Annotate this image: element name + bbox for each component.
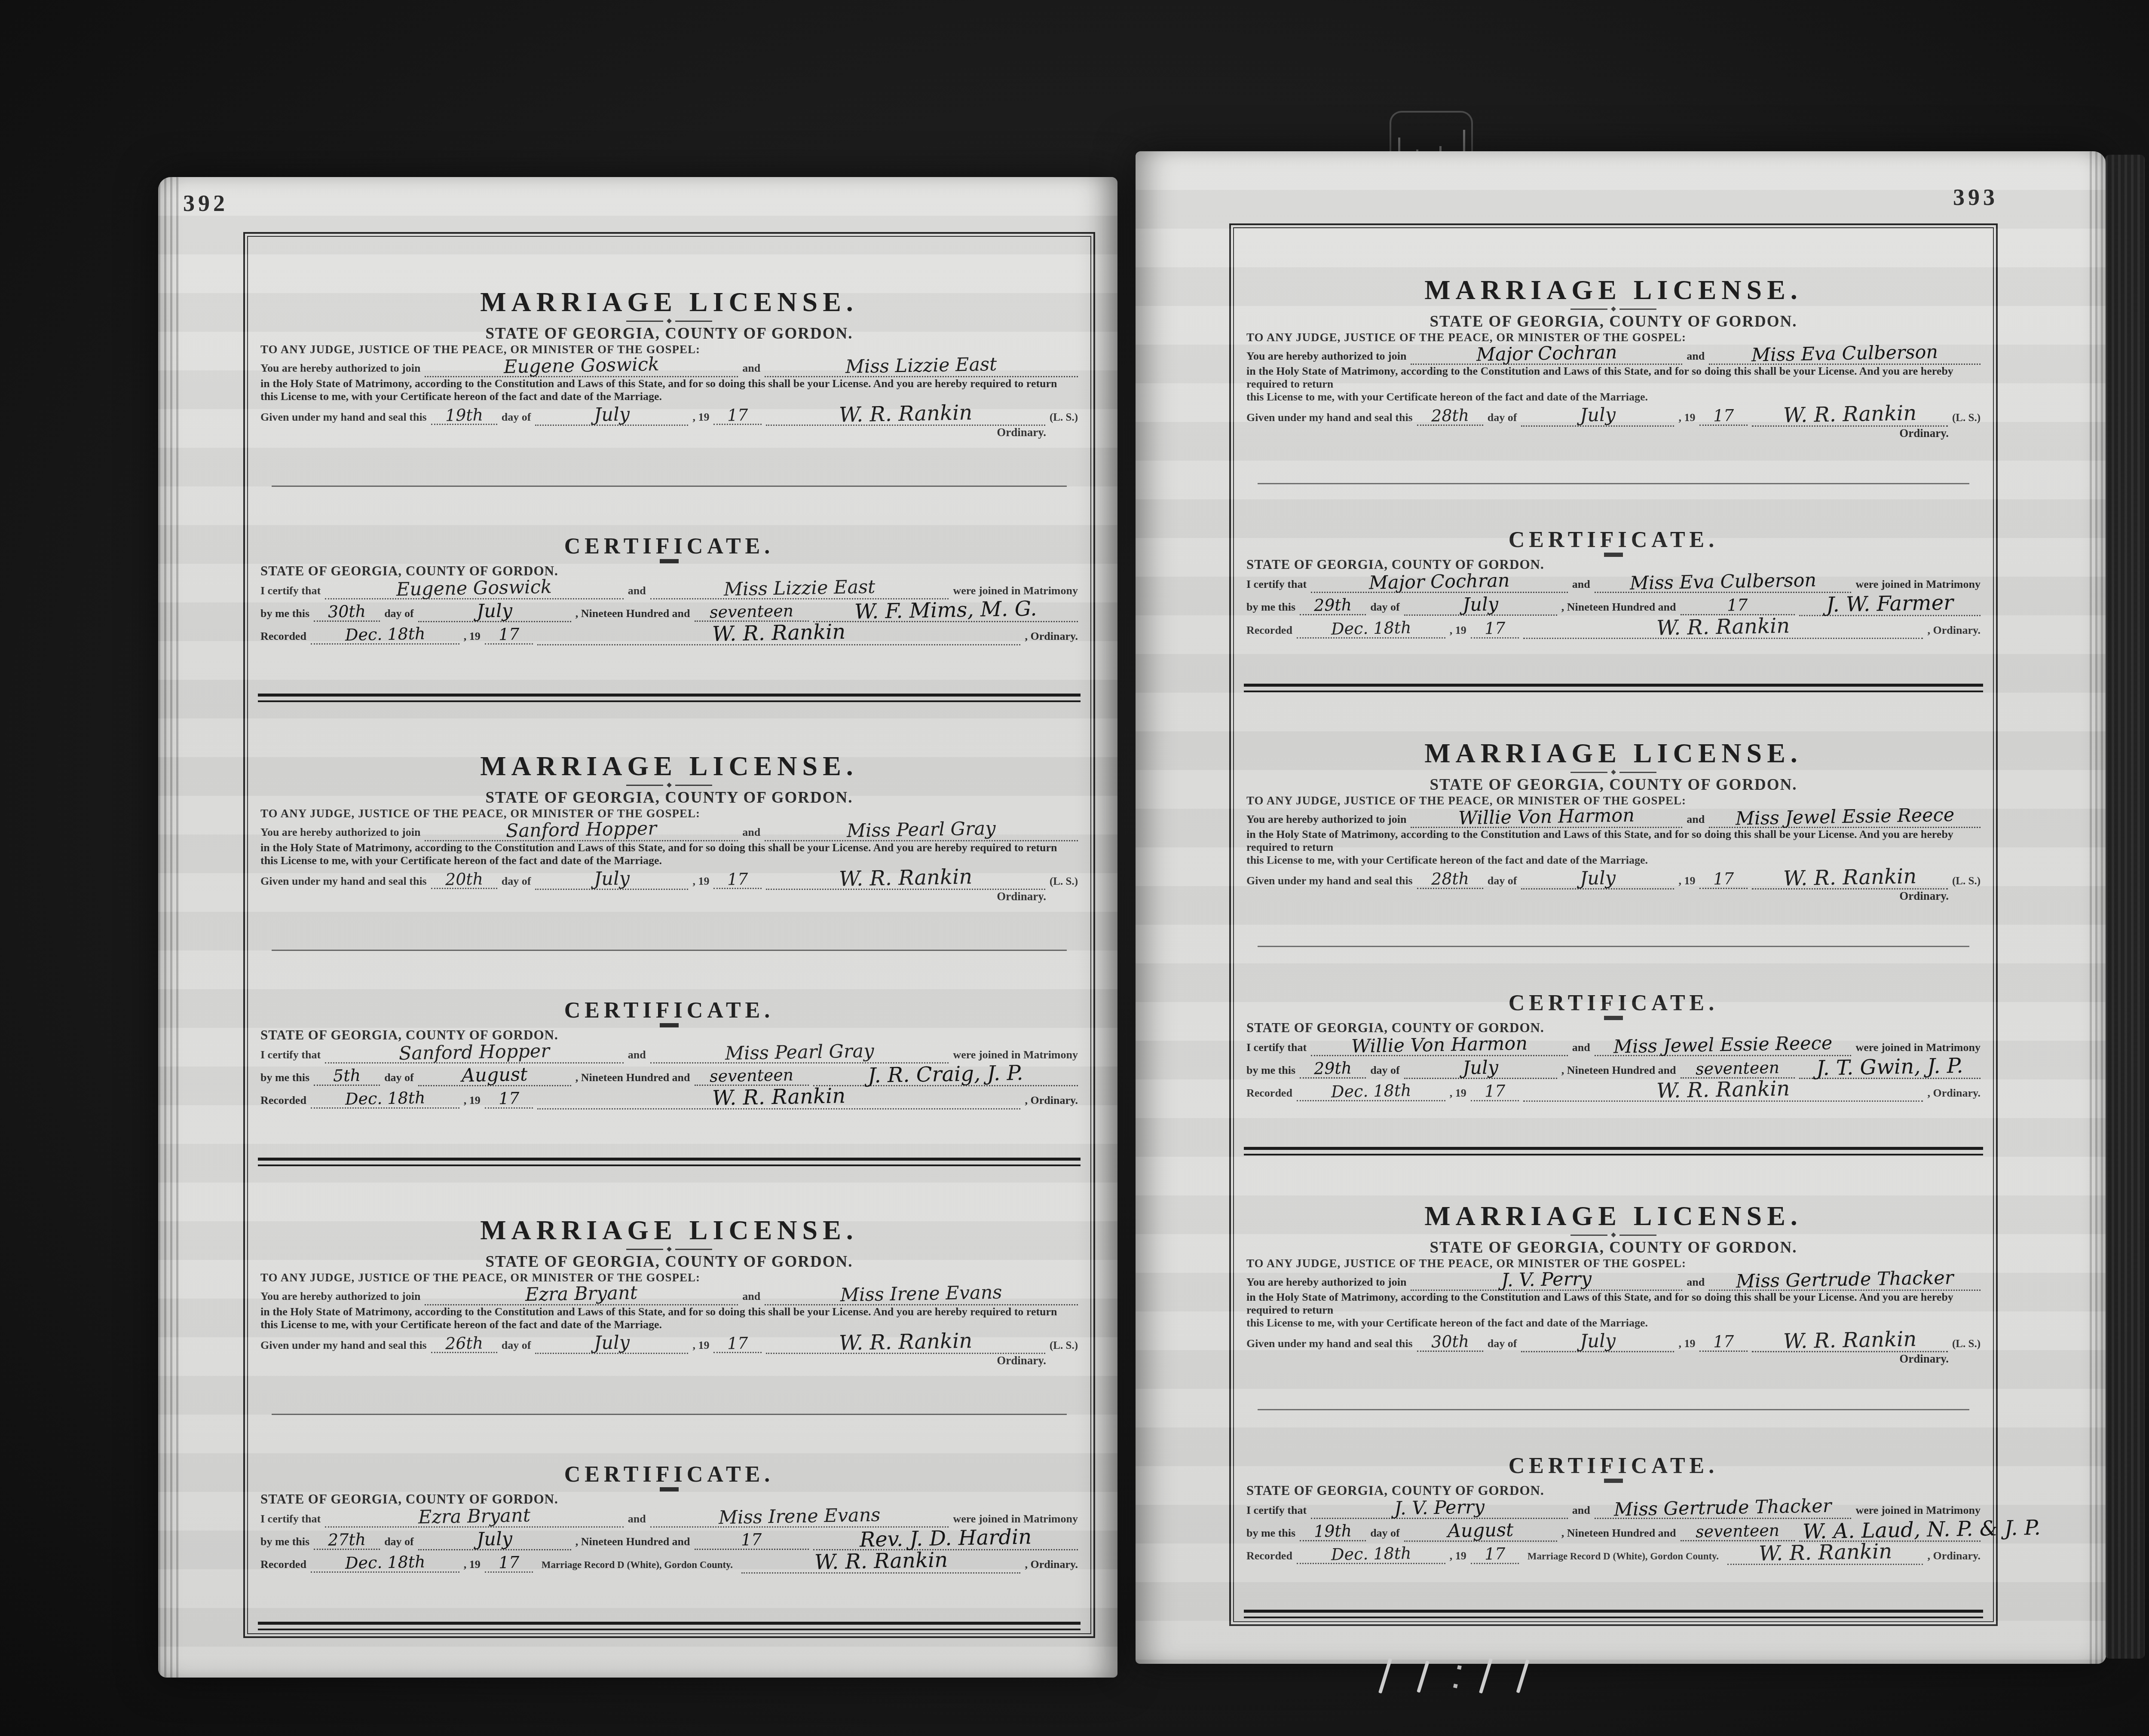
day-blank: 19th xyxy=(1300,1523,1366,1541)
nineteen-hundred-label: , Nineteen Hundred and xyxy=(1561,1064,1676,1077)
license-body-line-1: in the Holy State of Matrimony, accordin… xyxy=(260,377,1078,390)
certify-prefix: I certify that xyxy=(260,1048,321,1061)
officiant-signature: W. A. Laud, N. P. & J. P. xyxy=(1802,1517,2040,1543)
seal-label: (L. S.) xyxy=(1952,875,1981,887)
license-certificate-rule xyxy=(272,1414,1067,1415)
day-blank: 28th xyxy=(1417,871,1483,889)
ordinary-title: Ordinary. xyxy=(260,426,1078,439)
certificate-ornament xyxy=(1604,1479,1623,1483)
recorder-signature-blank: W. R. Rankin xyxy=(1523,616,1923,639)
authorize-prefix: You are hereby authorized to join xyxy=(1246,350,1406,363)
certify-row: I certify that Sanford Hopper and Miss P… xyxy=(260,1043,1078,1064)
certificate-month: July xyxy=(1463,1058,1499,1078)
month-blank: August xyxy=(1404,1521,1557,1542)
day-blank: 27th xyxy=(314,1531,380,1550)
month-blank: July xyxy=(535,405,688,426)
month-blank: July xyxy=(535,1333,688,1354)
certificate-day: 29th xyxy=(1314,1060,1352,1077)
diamond-icon: ◆ xyxy=(1611,1232,1616,1238)
ordinary-signature: W. R. Rankin xyxy=(839,1330,973,1354)
officiant-signature: J. T. Gwin, J. P. xyxy=(1816,1055,1963,1079)
ordinary-signature: W. R. Rankin xyxy=(1783,865,1917,889)
recorded-row: Recorded Dec. 18th , 19 17 Marriage Reco… xyxy=(1246,1542,1981,1565)
right-page-border-frame: MARRIAGE LICENSE. ◆ STATE OF GEORGIA, CO… xyxy=(1229,223,1998,1626)
license-month: July xyxy=(1580,406,1616,426)
and-label: and xyxy=(628,1513,646,1525)
bride-name: Miss Lizzie East xyxy=(845,355,997,377)
seal-label: (L. S.) xyxy=(1952,412,1981,424)
recorded-year: 17 xyxy=(498,1554,519,1572)
divider-bar xyxy=(626,1249,663,1250)
diamond-icon: ◆ xyxy=(667,1246,672,1253)
certify-row: I certify that Major Cochran and Miss Ev… xyxy=(1246,572,1981,593)
ordinary-signature-blank: W. R. Rankin xyxy=(1752,1330,1948,1352)
marriage-record-block: MARRIAGE LICENSE. ◆ STATE OF GEORGIA, CO… xyxy=(258,240,1081,692)
license-year: 17 xyxy=(1713,1333,1734,1351)
certify-row: I certify that Eugene Goswick and Miss L… xyxy=(260,579,1078,599)
record-separator-rule xyxy=(258,1158,1081,1166)
recorded-label: Recorded xyxy=(1246,1550,1292,1562)
day-blank: 28th xyxy=(1417,407,1483,426)
authorization-row: You are hereby authorized to join Ezra B… xyxy=(260,1284,1078,1305)
groom-name: Major Cochran xyxy=(1476,343,1617,365)
month-blank: July xyxy=(1404,595,1557,616)
seal-label: (L. S.) xyxy=(1050,876,1078,888)
by-me-row: by me this 29th day of July , Nineteen H… xyxy=(1246,593,1981,616)
certificate-ornament xyxy=(1604,1016,1623,1020)
groom-name-blank: Willie Von Harmon xyxy=(1411,807,1682,828)
license-section: MARRIAGE LICENSE. ◆ STATE OF GEORGIA, CO… xyxy=(1246,274,1981,440)
license-year: 17 xyxy=(727,871,748,888)
diamond-icon: ◆ xyxy=(667,782,672,789)
given-under-hand-row: Given under my hand and seal this 28th d… xyxy=(1246,403,1981,426)
divider-bar xyxy=(675,785,712,786)
heading-divider-ornament: ◆ xyxy=(1246,769,1981,776)
certificate-heading: CERTIFICATE. xyxy=(260,1462,1078,1487)
day-of-label: day of xyxy=(384,607,414,620)
bride-name-blank: Miss Lizzie East xyxy=(765,356,1078,377)
certify-row: I certify that J. V. Perry and Miss Gert… xyxy=(1246,1498,1981,1519)
authorize-prefix: You are hereby authorized to join xyxy=(260,1290,420,1303)
year-printed-prefix: , 19 xyxy=(1678,411,1695,424)
recorded-year-blank: 17 xyxy=(485,1090,533,1109)
bride-name-blank: Miss Lizzie East xyxy=(650,579,949,599)
by-me-prefix: by me this xyxy=(1246,601,1295,614)
officiant-signature: Rev. J. D. Hardin xyxy=(859,1526,1032,1550)
certificate-ornament xyxy=(660,1487,679,1491)
groom-name: Sanford Hopper xyxy=(506,819,657,841)
groom-name-blank: Ezra Bryant xyxy=(325,1507,624,1528)
month-blank: July xyxy=(535,869,688,890)
officiant-signature: J. W. Farmer xyxy=(1826,592,1953,616)
license-month: July xyxy=(1580,1331,1616,1351)
certificate-year-word: seventeen xyxy=(710,1067,794,1085)
year-printed-prefix: , 19 xyxy=(464,630,481,643)
ordinary-signature: W. R. Rankin xyxy=(839,866,973,890)
month-blank: July xyxy=(1404,1058,1557,1079)
given-under-hand-row: Given under my hand and seal this 26th d… xyxy=(260,1331,1078,1354)
bride-name: Miss Eva Culberson xyxy=(1751,342,1938,365)
recorder-signature-blank: W. R. Rankin xyxy=(1727,1542,1923,1565)
officiant-signature-blank: W. F. Mims, M. G. xyxy=(813,599,1078,622)
year-blank: 17 xyxy=(1699,871,1748,889)
license-month: July xyxy=(1580,868,1616,889)
year-blank: 17 xyxy=(1699,407,1748,426)
joined-label: were joined in Matrimony xyxy=(953,584,1078,597)
license-day: 19th xyxy=(445,406,483,424)
recorder-signature: W. R. Rankin xyxy=(1758,1541,1892,1565)
ordinary-title: Ordinary. xyxy=(1246,427,1981,440)
recorded-row: Recorded Dec. 18th , 19 17 Marriage Reco… xyxy=(260,1550,1078,1573)
bride-name-blank: Miss Jewel Essie Reece xyxy=(1709,807,1981,828)
nineteen-hundred-label: , Nineteen Hundred and xyxy=(576,1535,690,1548)
state-county-line: STATE OF GEORGIA, COUNTY OF GORDON. xyxy=(260,563,1078,579)
state-county-line: STATE OF GEORGIA, COUNTY OF GORDON. xyxy=(1246,312,1981,331)
groom-name-blank: J. V. Perry xyxy=(1311,1498,1568,1519)
diamond-icon: ◆ xyxy=(1611,306,1616,312)
license-day: 26th xyxy=(445,1335,483,1352)
groom-name-blank: Eugene Goswick xyxy=(425,356,738,377)
certificate-section: CERTIFICATE. STATE OF GEORGIA, COUNTY OF… xyxy=(260,998,1078,1109)
authorization-row: You are hereby authorized to join Eugene… xyxy=(260,356,1078,377)
divider-bar xyxy=(675,1249,712,1250)
right-page-sheet: MARRIAGE LICENSE. ◆ STATE OF GEORGIA, CO… xyxy=(1136,151,2106,1664)
diamond-icon: ◆ xyxy=(1611,769,1616,776)
license-day: 30th xyxy=(1431,1333,1469,1351)
divider-bar xyxy=(1570,309,1607,310)
certificate-month: July xyxy=(477,601,513,621)
bride-name: Miss Gertrude Thacker xyxy=(1614,1496,1832,1519)
day-blank: 26th xyxy=(431,1335,497,1354)
day-blank: 30th xyxy=(1417,1333,1483,1352)
year-printed-prefix: , 19 xyxy=(1450,1087,1466,1100)
bride-name: Miss Pearl Gray xyxy=(847,819,996,841)
divider-bar xyxy=(1570,1235,1607,1236)
groom-name-blank: Major Cochran xyxy=(1411,344,1682,365)
recorded-date-blank: Dec. 18th xyxy=(311,626,459,645)
recorded-date: Dec. 18th xyxy=(345,1554,425,1572)
day-of-label: day of xyxy=(1370,1064,1400,1077)
diamond-icon: ◆ xyxy=(667,318,672,324)
ordinary-signature: W. R. Rankin xyxy=(1783,403,1917,427)
authorize-prefix: You are hereby authorized to join xyxy=(1246,1276,1406,1289)
heading-divider-ornament: ◆ xyxy=(1246,306,1981,312)
recorded-year-blank: 17 xyxy=(485,1554,533,1573)
left-page-content: MARRIAGE LICENSE. ◆ STATE OF GEORGIA, CO… xyxy=(245,234,1093,1636)
authorization-row: You are hereby authorized to join Major … xyxy=(1246,344,1981,365)
divider-bar xyxy=(1619,772,1656,773)
heading-divider-ornament: ◆ xyxy=(260,782,1078,789)
book-page-edges xyxy=(2105,155,2145,1659)
by-me-row: by me this 27th day of July , Nineteen H… xyxy=(260,1528,1078,1550)
day-of-label: day of xyxy=(1370,601,1400,614)
ordinary-signature-blank: W. R. Rankin xyxy=(766,1331,1045,1354)
recorder-signature: W. R. Rankin xyxy=(712,1085,846,1109)
groom-name-blank: Willie Von Harmon xyxy=(1311,1036,1568,1056)
certify-prefix: I certify that xyxy=(1246,1504,1307,1517)
and-label: and xyxy=(1687,813,1705,826)
record-book-label: Marriage Record D (White), Gordon County… xyxy=(537,1559,737,1571)
officiant-signature: W. F. Mims, M. G. xyxy=(854,598,1037,623)
groom-name: Eugene Goswick xyxy=(396,578,552,599)
by-me-prefix: by me this xyxy=(1246,1527,1295,1540)
license-section: MARRIAGE LICENSE. ◆ STATE OF GEORGIA, CO… xyxy=(260,1214,1078,1367)
record-separator-rule xyxy=(1244,1610,1983,1618)
recorded-row: Recorded Dec. 18th , 19 17 W. R. Rankin … xyxy=(260,1086,1078,1109)
recorder-title: , Ordinary. xyxy=(1025,1094,1078,1107)
officiant-signature-blank: W. A. Laud, N. P. & J. P. xyxy=(1799,1519,1981,1542)
certificate-ornament xyxy=(660,559,679,563)
certificate-section: CERTIFICATE. STATE OF GEORGIA, COUNTY OF… xyxy=(1246,990,1981,1102)
certify-prefix: I certify that xyxy=(260,1513,321,1525)
bride-name-blank: Miss Gertrude Thacker xyxy=(1709,1270,1981,1291)
day-of-label: day of xyxy=(502,875,531,888)
heading-divider-ornament: ◆ xyxy=(260,318,1078,324)
bride-name: Miss Lizzie East xyxy=(723,578,875,599)
certify-prefix: I certify that xyxy=(260,584,321,597)
year-blank: 17 xyxy=(713,407,762,425)
and-label: and xyxy=(1687,1276,1705,1289)
year-printed-prefix: , 19 xyxy=(692,875,709,888)
year-printed-prefix: , 19 xyxy=(464,1094,481,1107)
left-page-border-frame: MARRIAGE LICENSE. ◆ STATE OF GEORGIA, CO… xyxy=(243,232,1095,1638)
certificate-section: CERTIFICATE. STATE OF GEORGIA, COUNTY OF… xyxy=(260,1462,1078,1574)
license-certificate-rule xyxy=(1258,483,1969,484)
groom-name: Sanford Hopper xyxy=(399,1042,550,1064)
bride-name: Miss Irene Evans xyxy=(840,1283,1002,1305)
groom-name-blank: Major Cochran xyxy=(1311,572,1568,593)
year-word-blank: seventeen xyxy=(695,1067,809,1086)
certificate-heading: CERTIFICATE. xyxy=(1246,1453,1981,1479)
and-label: and xyxy=(742,362,760,375)
officiant-signature-blank: J. W. Farmer xyxy=(1799,593,1981,616)
groom-name: Willie Von Harmon xyxy=(1458,806,1635,828)
license-body-line-1: in the Holy State of Matrimony, accordin… xyxy=(1246,828,1981,854)
recorded-year-blank: 17 xyxy=(1471,620,1519,639)
bride-name: Miss Pearl Gray xyxy=(725,1042,874,1064)
certificate-month: August xyxy=(1448,1521,1514,1541)
license-section: MARRIAGE LICENSE. ◆ STATE OF GEORGIA, CO… xyxy=(1246,737,1981,903)
certificate-section: CERTIFICATE. STATE OF GEORGIA, COUNTY OF… xyxy=(1246,1453,1981,1565)
year-printed-prefix: , 19 xyxy=(1678,1337,1695,1350)
recorder-signature-blank: W. R. Rankin xyxy=(1523,1079,1923,1102)
by-me-prefix: by me this xyxy=(260,1535,309,1548)
state-county-line: STATE OF GEORGIA, COUNTY OF GORDON. xyxy=(1246,1238,1981,1257)
given-prefix: Given under my hand and seal this xyxy=(260,875,427,888)
ordinary-signature-blank: W. R. Rankin xyxy=(1752,867,1948,889)
state-county-line: STATE OF GEORGIA, COUNTY OF GORDON. xyxy=(260,1027,1078,1043)
officiant-signature-blank: J. R. Craig, J. P. xyxy=(813,1064,1078,1086)
recorder-title: , Ordinary. xyxy=(1927,1087,1981,1100)
month-blank: July xyxy=(1521,869,1674,889)
license-body-line-1: in the Holy State of Matrimony, accordin… xyxy=(260,1305,1078,1318)
certificate-ornament xyxy=(660,1023,679,1027)
record-separator-rule xyxy=(1244,1147,1983,1155)
recorder-signature-blank: W. R. Rankin xyxy=(537,622,1021,645)
year-printed-prefix: , 19 xyxy=(1450,624,1466,637)
day-of-label: day of xyxy=(1488,874,1517,887)
authorization-row: You are hereby authorized to join J. V. … xyxy=(1246,1270,1981,1291)
recorder-signature-blank: W. R. Rankin xyxy=(537,1086,1021,1109)
certificate-day: 19th xyxy=(1314,1522,1352,1540)
certify-prefix: I certify that xyxy=(1246,1041,1307,1054)
year-blank: 17 xyxy=(1699,1333,1748,1352)
year-blank: 17 xyxy=(713,871,762,889)
recorder-signature: W. R. Rankin xyxy=(1656,615,1790,639)
license-heading: MARRIAGE LICENSE. xyxy=(260,286,1078,318)
by-me-row: by me this 5th day of August , Nineteen … xyxy=(260,1064,1078,1086)
ordinary-signature-blank: W. R. Rankin xyxy=(1752,403,1948,426)
by-me-prefix: by me this xyxy=(260,607,309,620)
ordinary-title: Ordinary. xyxy=(1246,1352,1981,1366)
and-label: and xyxy=(628,1048,646,1061)
bride-name: Miss Eva Culberson xyxy=(1629,571,1816,593)
seal-label: (L. S.) xyxy=(1050,1340,1078,1352)
state-county-line: STATE OF GEORGIA, COUNTY OF GORDON. xyxy=(260,1253,1078,1271)
recorded-year: 17 xyxy=(498,626,519,644)
certificate-section: CERTIFICATE. STATE OF GEORGIA, COUNTY OF… xyxy=(260,534,1078,645)
license-certificate-rule xyxy=(1258,946,1969,947)
given-under-hand-row: Given under my hand and seal this 19th d… xyxy=(260,403,1078,426)
recorder-signature: W. R. Rankin xyxy=(712,621,846,645)
ordinary-signature: W. R. Rankin xyxy=(1783,1328,1917,1352)
ordinary-signature-blank: W. R. Rankin xyxy=(766,403,1045,426)
year-printed-prefix: , 19 xyxy=(1450,1550,1466,1562)
recorder-title: , Ordinary. xyxy=(1927,624,1981,637)
recorder-title: , Ordinary. xyxy=(1927,1550,1981,1562)
recorded-year-blank: 17 xyxy=(485,626,533,645)
officiant-signature-blank: Rev. J. D. Hardin xyxy=(813,1528,1078,1550)
joined-label: were joined in Matrimony xyxy=(1855,578,1981,591)
year-word-blank: seventeen xyxy=(1681,1523,1795,1541)
month-blank: July xyxy=(1521,1332,1674,1352)
and-label: and xyxy=(1687,350,1705,363)
recorded-year: 17 xyxy=(1484,620,1505,637)
year-word-blank: 17 xyxy=(1681,597,1795,615)
day-of-label: day of xyxy=(1488,411,1517,424)
certificate-month: July xyxy=(477,1529,513,1550)
day-of-label: day of xyxy=(502,1339,531,1352)
license-heading: MARRIAGE LICENSE. xyxy=(1246,274,1981,306)
certificate-year-word: 17 xyxy=(1727,597,1748,614)
day-of-label: day of xyxy=(384,1071,414,1084)
and-label: and xyxy=(1572,578,1590,591)
recorded-date: Dec. 18th xyxy=(1331,1082,1411,1100)
certificate-month: August xyxy=(462,1065,528,1085)
ordinary-title: Ordinary. xyxy=(260,890,1078,903)
divider-bar xyxy=(675,321,712,322)
recorded-label: Recorded xyxy=(260,630,306,643)
marriage-record-block: MARRIAGE LICENSE. ◆ STATE OF GEORGIA, CO… xyxy=(1244,231,1983,682)
marriage-record-block: MARRIAGE LICENSE. ◆ STATE OF GEORGIA, CO… xyxy=(258,704,1081,1156)
officiant-signature: J. R. Craig, J. P. xyxy=(868,1062,1023,1087)
certify-row: I certify that Ezra Bryant and Miss Iren… xyxy=(260,1507,1078,1528)
bride-name-blank: Miss Pearl Gray xyxy=(650,1043,949,1064)
state-county-line: STATE OF GEORGIA, COUNTY OF GORDON. xyxy=(1246,1483,1981,1498)
day-of-label: day of xyxy=(502,411,531,424)
recorded-date: Dec. 18th xyxy=(345,626,425,644)
record-book-label: Marriage Record D (White), Gordon County… xyxy=(1523,1551,1723,1562)
certificate-month: July xyxy=(1463,595,1499,615)
license-heading: MARRIAGE LICENSE. xyxy=(260,1214,1078,1246)
day-blank: 29th xyxy=(1300,1060,1366,1079)
groom-name: Major Cochran xyxy=(1369,571,1510,593)
left-page-sheet: MARRIAGE LICENSE. ◆ STATE OF GEORGIA, CO… xyxy=(158,177,1117,1678)
bride-name: Miss Irene Evans xyxy=(718,1505,880,1528)
groom-name: Ezra Bryant xyxy=(525,1284,638,1305)
month-blank: August xyxy=(418,1066,571,1086)
marriage-record-block: MARRIAGE LICENSE. ◆ STATE OF GEORGIA, CO… xyxy=(1244,694,1983,1145)
license-heading: MARRIAGE LICENSE. xyxy=(260,750,1078,782)
marriage-record-book-scan: MARRIAGE LICENSE. ◆ STATE OF GEORGIA, CO… xyxy=(0,0,2149,1736)
license-year: 17 xyxy=(727,406,748,424)
certificate-day: 29th xyxy=(1314,597,1352,614)
recorded-row: Recorded Dec. 18th , 19 17 W. R. Rankin … xyxy=(260,622,1078,645)
groom-name-blank: Ezra Bryant xyxy=(425,1284,738,1305)
recorded-label: Recorded xyxy=(260,1558,306,1571)
recorded-label: Recorded xyxy=(1246,624,1292,637)
certificate-heading: CERTIFICATE. xyxy=(260,534,1078,559)
joined-label: were joined in Matrimony xyxy=(1855,1504,1981,1517)
certificate-year-word: seventeen xyxy=(1696,1059,1780,1078)
nineteen-hundred-label: , Nineteen Hundred and xyxy=(576,607,690,620)
ordinary-signature-blank: W. R. Rankin xyxy=(766,867,1045,890)
recorded-date-blank: Dec. 18th xyxy=(1297,1083,1445,1101)
state-county-line: STATE OF GEORGIA, COUNTY OF GORDON. xyxy=(1246,1020,1981,1036)
recorded-date: Dec. 18th xyxy=(1331,1545,1411,1564)
heading-divider-ornament: ◆ xyxy=(1246,1232,1981,1238)
nineteen-hundred-label: , Nineteen Hundred and xyxy=(1561,1527,1676,1540)
seal-label: (L. S.) xyxy=(1952,1338,1981,1350)
given-prefix: Given under my hand and seal this xyxy=(1246,1337,1413,1350)
authorization-row: You are hereby authorized to join Willie… xyxy=(1246,807,1981,828)
right-page-number: 393 xyxy=(1953,184,1998,211)
bride-name: Miss Gertrude Thacker xyxy=(1736,1268,1954,1291)
day-blank: 20th xyxy=(431,871,497,889)
given-prefix: Given under my hand and seal this xyxy=(260,411,427,424)
certificate-year-word: 17 xyxy=(741,1531,762,1549)
license-day: 28th xyxy=(1431,870,1469,888)
bride-name-blank: Miss Pearl Gray xyxy=(765,820,1078,841)
year-printed-prefix: , 19 xyxy=(1678,874,1695,887)
timestamp-scratch-artifact xyxy=(1373,1658,1571,1705)
and-label: and xyxy=(628,584,646,597)
given-prefix: Given under my hand and seal this xyxy=(260,1339,427,1352)
joined-label: were joined in Matrimony xyxy=(953,1048,1078,1061)
marriage-record-block: MARRIAGE LICENSE. ◆ STATE OF GEORGIA, CO… xyxy=(258,1168,1081,1620)
recorded-row: Recorded Dec. 18th , 19 17 W. R. Rankin … xyxy=(1246,616,1981,639)
groom-name-blank: J. V. Perry xyxy=(1411,1270,1682,1291)
state-county-line: STATE OF GEORGIA, COUNTY OF GORDON. xyxy=(260,1491,1078,1507)
certificate-heading: CERTIFICATE. xyxy=(1246,990,1981,1016)
given-under-hand-row: Given under my hand and seal this 20th d… xyxy=(260,867,1078,890)
license-certificate-rule xyxy=(272,486,1067,487)
license-month: July xyxy=(594,869,630,889)
recorder-title: , Ordinary. xyxy=(1025,630,1078,643)
state-county-line: STATE OF GEORGIA, COUNTY OF GORDON. xyxy=(1246,776,1981,794)
recorded-label: Recorded xyxy=(260,1094,306,1107)
record-separator-rule xyxy=(258,1622,1081,1630)
day-of-label: day of xyxy=(384,1535,414,1548)
and-label: and xyxy=(1572,1041,1590,1054)
bride-name-blank: Miss Irene Evans xyxy=(650,1507,949,1528)
certificate-year-word: seventeen xyxy=(710,602,794,621)
recorded-year: 17 xyxy=(1484,1546,1505,1563)
heading-divider-ornament: ◆ xyxy=(260,1246,1078,1253)
bride-name-blank: Miss Irene Evans xyxy=(765,1284,1078,1305)
license-section: MARRIAGE LICENSE. ◆ STATE OF GEORGIA, CO… xyxy=(1246,1200,1981,1366)
year-printed-prefix: , 19 xyxy=(692,411,709,424)
